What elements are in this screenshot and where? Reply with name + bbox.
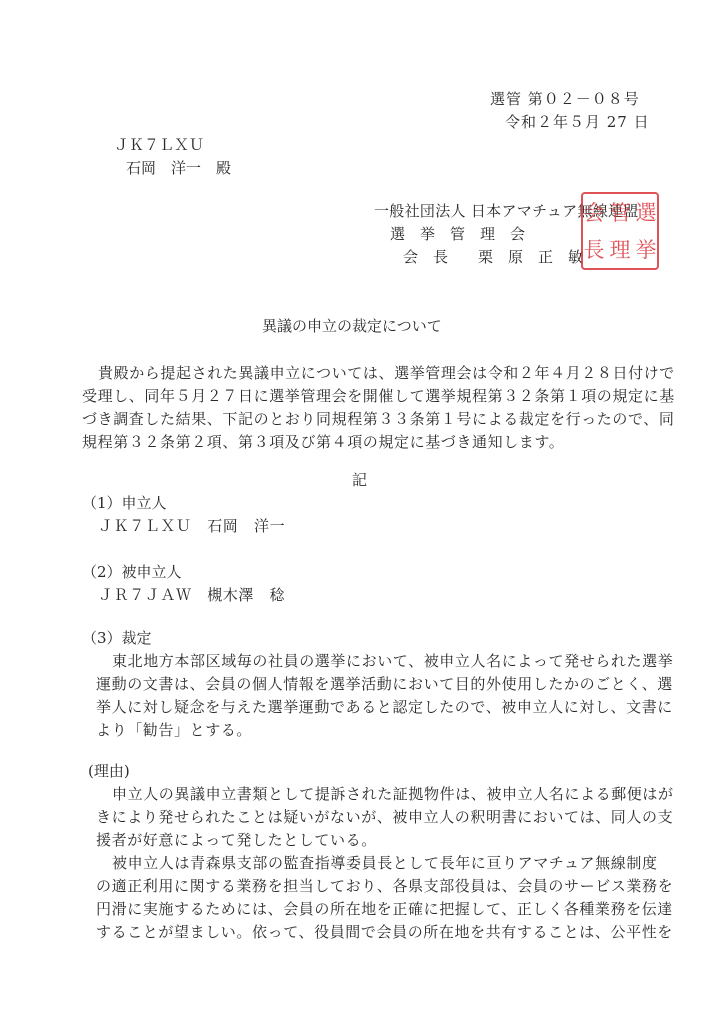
intro-line: 規程第３２条第２項、第３項及び第４項の規定に基づき通知します。 xyxy=(82,431,638,454)
intro-line: 貴殿から提起された異議申立については、選挙管理会は令和２年４月２８日付けで xyxy=(82,362,638,385)
reason-body: 申立人の異議申立書類として提訴された証拠物件は、被申立人名による郵便はが きによ… xyxy=(96,783,641,944)
reason-line: 申立人の異議申立書類として提訴された証拠物件は、被申立人名による郵便はが xyxy=(96,783,641,806)
ruling-line: 運動の文書は、会員の個人情報を選挙活動において目的外使用したかのごとく、選 xyxy=(96,673,641,696)
reason-line: することが望ましい。依って、役員間で会員の所在地を共有することは、公平性を xyxy=(96,921,641,944)
seal-char: 挙 xyxy=(636,237,657,263)
intro-line: づき調査した結果、下記のとおり同規程第３３条第１号による裁定を行ったので、同 xyxy=(82,408,638,431)
sender-committee: 選 挙 管 理 会 xyxy=(390,223,525,246)
intro-paragraph: 貴殿から提起された異議申立については、選挙管理会は令和２年４月２８日付けで 受理… xyxy=(82,362,638,454)
section-1-heading: （1）申立人 xyxy=(82,492,167,515)
document-title: 異議の申立の裁定について xyxy=(262,315,442,338)
reason-heading: (理由) xyxy=(88,760,130,783)
reason-line: きにより発せられたことは疑いがないが、被申立人の釈明書においては、同人の支 xyxy=(96,806,641,829)
addressee-callsign: ＪＫ７ＬＸＵ xyxy=(114,134,204,157)
intro-line: 受理し、同年５月２７日に選挙管理会を開催して選挙規程第３２条第１項の規定に基 xyxy=(82,385,638,408)
sender-chair: 会 長 栗 原 正 敏 xyxy=(403,246,583,269)
reference-number: 選管 第０２－０８号 xyxy=(490,88,640,111)
ruling-line: より「勧告」とする。 xyxy=(96,719,641,742)
seal-characters: 選 挙 管 理 会 長 xyxy=(581,194,659,268)
seal-char: 選 xyxy=(636,200,657,226)
ruling-line: 挙人に対し疑念を与えた選挙運動であると認定したので、被申立人に対し、文書に xyxy=(96,696,641,719)
section-2-heading: （2）被申立人 xyxy=(82,561,182,584)
seal-column-1: 選 挙 xyxy=(636,194,657,268)
section-1-body: ＪＫ７ＬＸＵ 石岡 洋一 xyxy=(98,515,285,538)
seal-char: 会 xyxy=(584,200,605,226)
issue-date: 令和２年５月 27 日 xyxy=(505,111,650,134)
ruling-line: 東北地方本部区域毎の社員の選挙において、被申立人名によって発せられた選挙 xyxy=(96,650,641,673)
reason-line: 円滑に実施するためには、会員の所在地を正確に把握して、正しく各種業務を伝達 xyxy=(96,898,641,921)
addressee-name: 石岡 洋一 殿 xyxy=(126,157,231,180)
seal-column-3: 会 長 xyxy=(584,194,605,268)
seal-char: 長 xyxy=(584,237,605,263)
reason-line: 被申立人は青森県支部の監査指導委員長として長年に亘りアマチュア無線制度 xyxy=(96,852,641,875)
section-3-body: 東北地方本部区域毎の社員の選挙において、被申立人名によって発せられた選挙 運動の… xyxy=(96,650,641,742)
section-2-body: ＪＲ７ＪＡＷ 槻木澤 稔 xyxy=(98,584,285,607)
section-3-heading: （3）裁定 xyxy=(82,627,152,650)
reason-line: の適正利用に関する業務を担当しており、各県支部役員は、会員のサービス業務を xyxy=(96,875,641,898)
seal-column-2: 管 理 xyxy=(610,194,631,268)
seal-char: 管 xyxy=(610,200,631,226)
ki-marker: 記 xyxy=(352,469,367,492)
seal-char: 理 xyxy=(610,237,631,263)
reason-line: 援者が好意によって発したとしている。 xyxy=(96,829,641,852)
